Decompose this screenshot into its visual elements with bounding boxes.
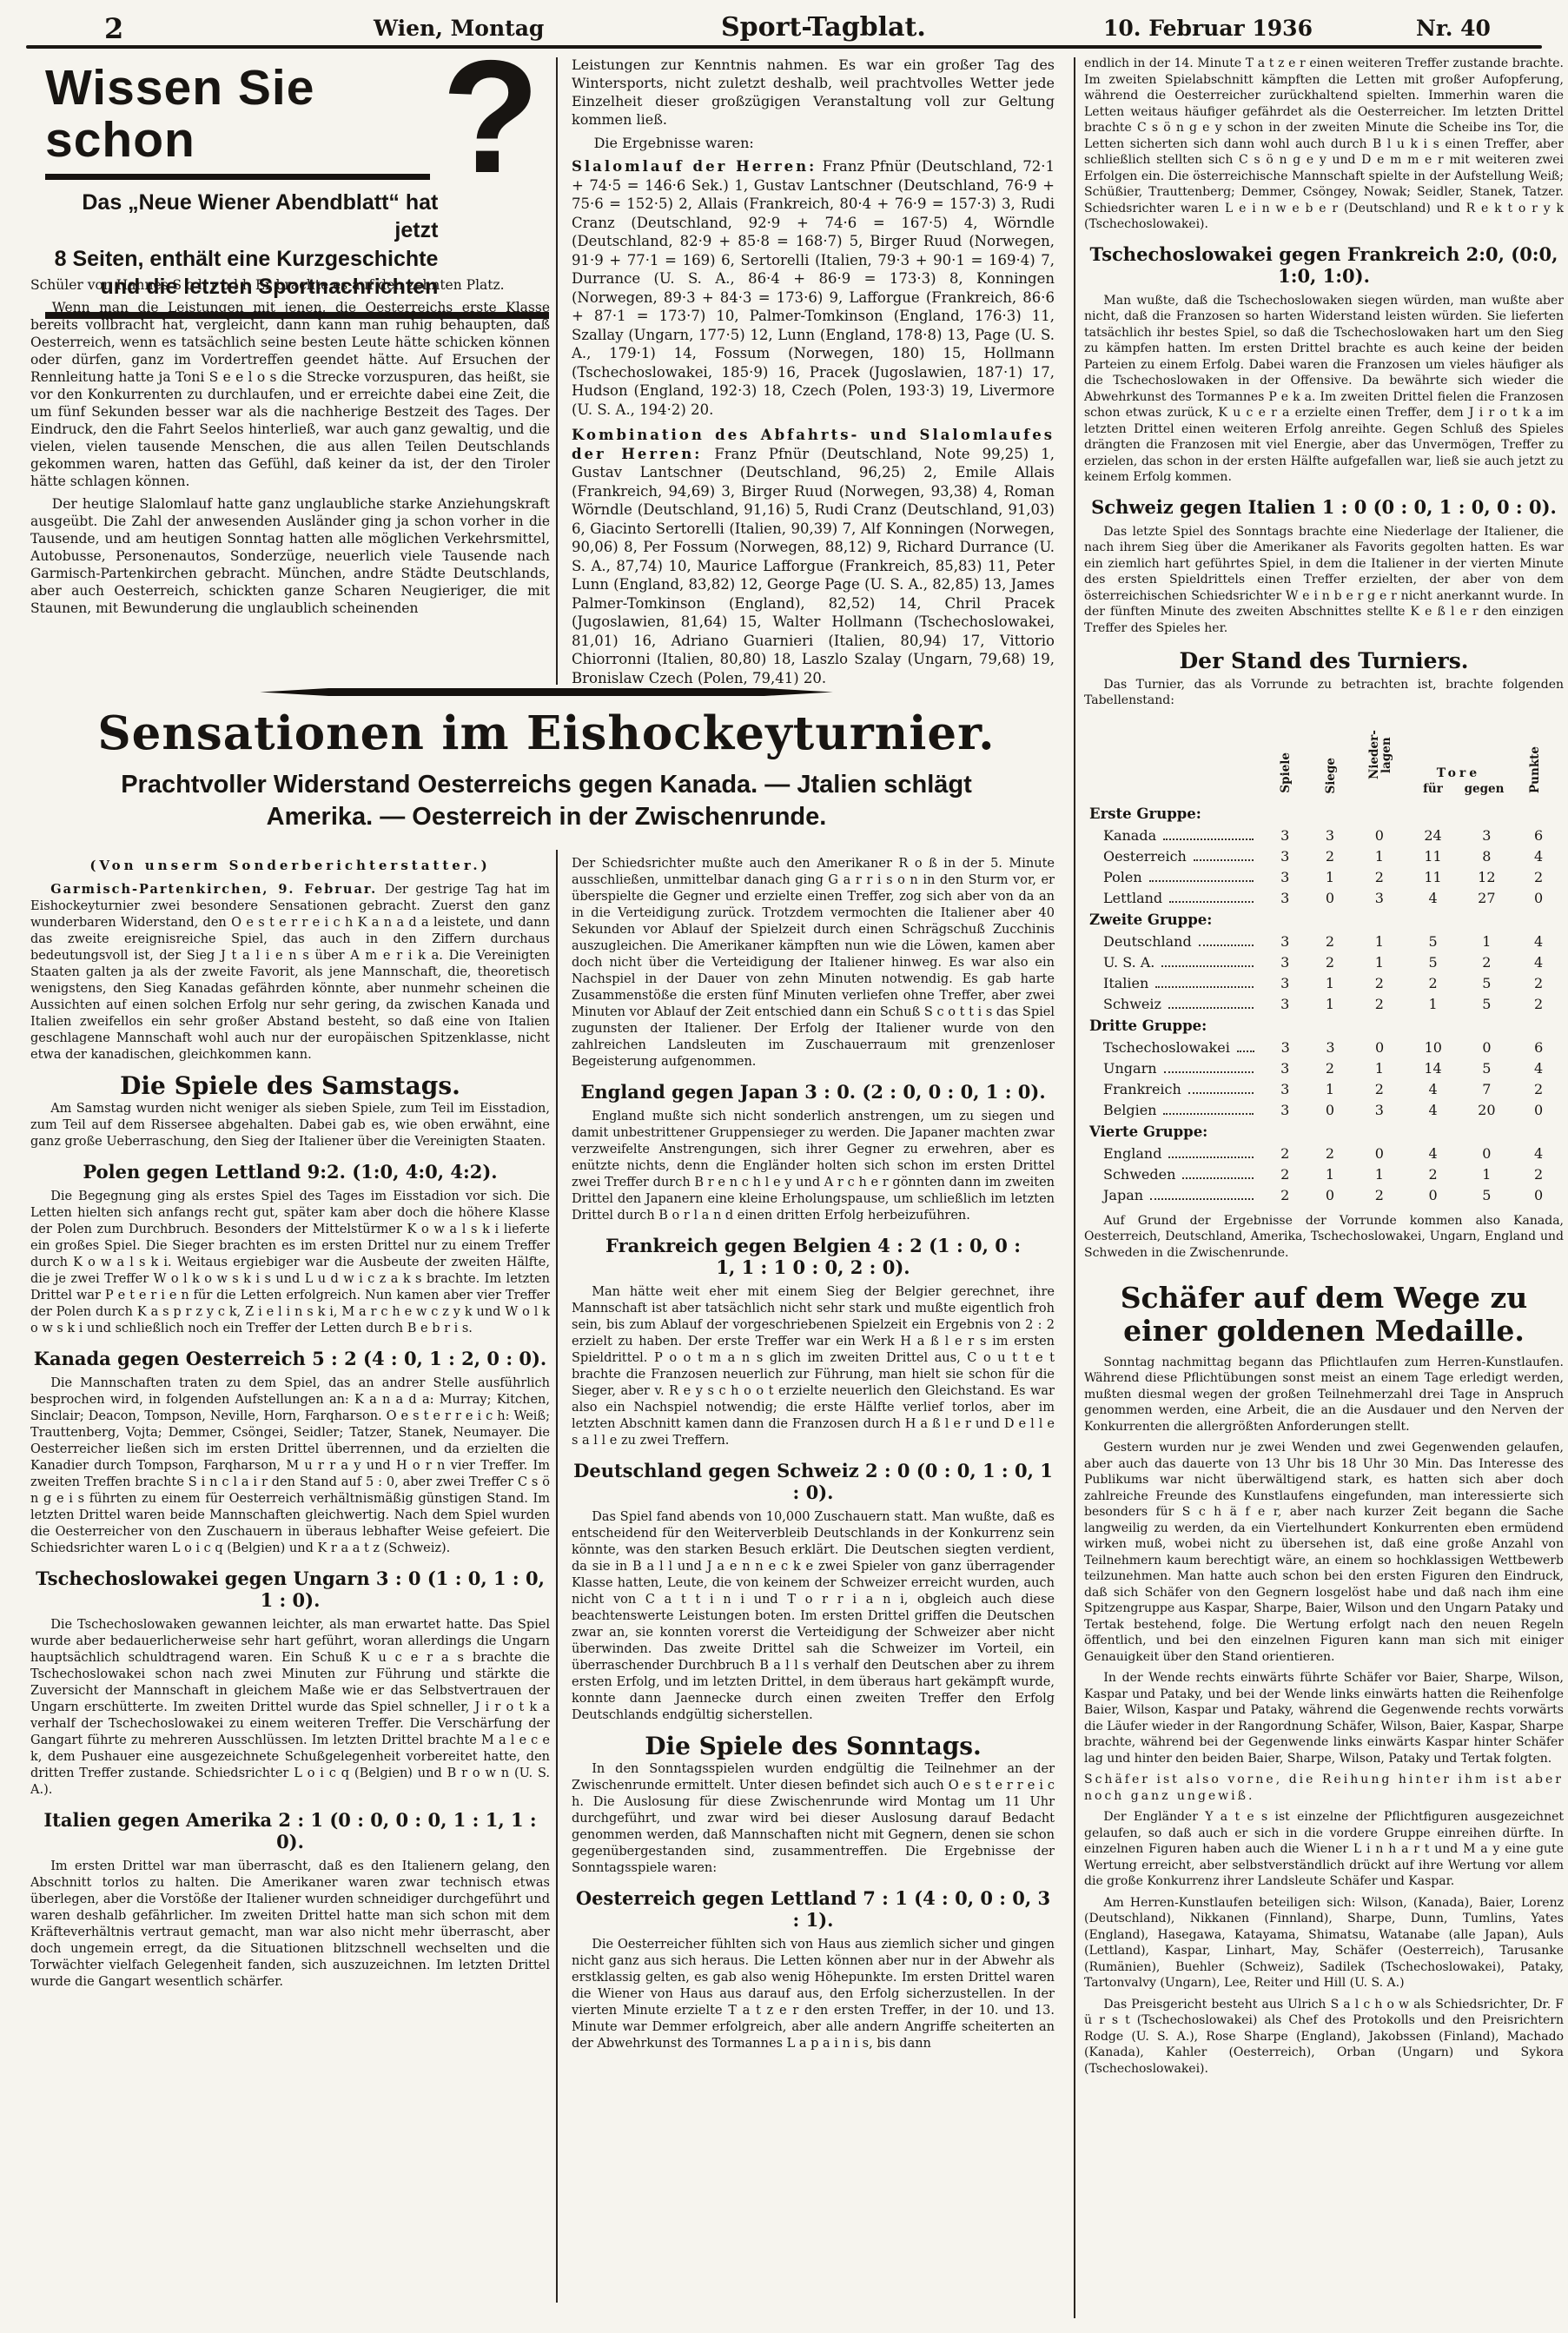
- standings-group-label: Erste Gruppe:: [1089, 803, 1564, 825]
- standings-row: Deutschland321514: [1089, 931, 1564, 952]
- standings-value: 1: [1406, 994, 1460, 1015]
- byline: (Von unserm Sonderberichterstatter.): [30, 858, 550, 874]
- standings-rows: Erste Gruppe:Kanada3302436Oesterreich321…: [1089, 803, 1564, 1206]
- team-name: Belgien: [1103, 1100, 1156, 1121]
- standings-value: 6: [1513, 825, 1564, 846]
- ad-line1: Das „Neue Wiener Abendblatt“ hat jetzt: [45, 189, 438, 245]
- question-mark-graphic: ?: [441, 45, 539, 302]
- standings-value: 2: [1353, 973, 1406, 994]
- standings-value: 0: [1353, 1143, 1406, 1164]
- standings-value: 11: [1406, 846, 1460, 867]
- column-header-tore: Tore: [1407, 766, 1510, 782]
- standings-row: U. S. A.321524: [1089, 952, 1564, 973]
- standings-row: Schweden211212: [1089, 1164, 1564, 1185]
- game-heading-oesterreich-lettland: Oesterreich gegen Lettland 7 : 1 (4 : 0,…: [572, 1887, 1055, 1931]
- game-heading-england-japan: England gegen Japan 3 : 0. (2 : 0, 0 : 0…: [572, 1081, 1055, 1103]
- article-paragraph: Das Turnier, das als Vorrunde zu betrach…: [1084, 677, 1564, 709]
- team-name: Kanada: [1103, 825, 1156, 846]
- game-heading-deutschland-schweiz: Deutschland gegen Schweiz 2 : 0 (0 : 0, …: [572, 1460, 1055, 1503]
- dateline: Garmisch-Partenkirchen, 9. Februar.: [50, 882, 377, 897]
- article-paragraph: Das letzte Spiel des Sonntags brachte ei…: [1084, 524, 1564, 637]
- standings-value: 2: [1307, 1143, 1353, 1164]
- standings-value: 2: [1353, 1185, 1406, 1206]
- right-column: endlich in der 14. Minute T a t z e r ei…: [1084, 56, 1564, 2082]
- slalom-results-lead: Slalomlauf der Herren:: [572, 158, 817, 175]
- article-paragraph: endlich in der 14. Minute T a t z e r ei…: [1084, 56, 1564, 233]
- standings-value: 1: [1353, 931, 1406, 952]
- standings-value: 8: [1459, 846, 1513, 867]
- main-headline-block: Sensationen im Eishockeyturnier. Prachtv…: [35, 688, 1058, 834]
- dot-leader: [1169, 901, 1254, 903]
- standings-value: 2: [1513, 994, 1564, 1015]
- standings-value: 0: [1307, 1185, 1353, 1206]
- article-paragraph: Der Schiedsrichter mußte auch den Amerik…: [572, 856, 1055, 1070]
- standings-value: 0: [1513, 1100, 1564, 1121]
- tapered-rule: [260, 688, 833, 696]
- standings-value: 3: [1262, 867, 1307, 888]
- standings-value: 0: [1307, 888, 1353, 909]
- article-paragraph: Im ersten Drittel war man überrascht, da…: [30, 1859, 550, 1991]
- article-paragraph: In den Sonntagsspielen wurden endgültig …: [572, 1761, 1055, 1877]
- standings-value: 1: [1307, 1164, 1353, 1185]
- standings-value: 3: [1262, 1058, 1307, 1079]
- game-heading-schweiz-italien: Schweiz gegen Italien 1 : 0 (0 : 0, 1 : …: [1084, 496, 1564, 518]
- article-paragraph: Leistungen zur Kenntnis nahmen. Es war e…: [572, 56, 1055, 129]
- standings-value: 2: [1513, 1164, 1564, 1185]
- main-headline: Sensationen im Eishockeyturnier.: [35, 710, 1058, 759]
- standings-value: 4: [1513, 931, 1564, 952]
- standings-value: 3: [1262, 1079, 1307, 1100]
- left-column-top: Schüler von Hannes S c h r o l l. Er bra…: [30, 276, 550, 622]
- dot-leader: [1149, 880, 1254, 882]
- standings-value: 3: [1262, 973, 1307, 994]
- standings-value: 3: [1262, 931, 1307, 952]
- standings-value: 4: [1513, 846, 1564, 867]
- column-header-tore-gegen: gegen: [1459, 781, 1510, 798]
- article-paragraph: Die Begegnung ging als erstes Spiel des …: [30, 1189, 550, 1337]
- standings-value: 3: [1262, 994, 1307, 1015]
- standings-value: 3: [1308, 1037, 1353, 1058]
- article-paragraph: Der Engländer Y a t e s ist einzelne der…: [1084, 1809, 1564, 1890]
- standings-value: 24: [1406, 825, 1460, 846]
- standings-value: 5: [1459, 1185, 1513, 1206]
- standings-value: 2: [1307, 931, 1353, 952]
- standings-value: 0: [1513, 888, 1564, 909]
- standings-value: 2: [1459, 952, 1513, 973]
- dateline-paragraph: Garmisch-Partenkirchen, 9. Februar. Der …: [30, 881, 550, 1064]
- team-name: Frankreich: [1103, 1079, 1181, 1100]
- standings-value: 5: [1459, 1058, 1513, 1079]
- standings-value: 1: [1353, 952, 1406, 973]
- article-paragraph: England mußte sich nicht sonderlich anst…: [572, 1109, 1055, 1224]
- standings-value: 3: [1307, 825, 1353, 846]
- ad-line2: 8 Seiten, enthält eine Kurzgeschichte: [45, 245, 438, 274]
- standings-value: 0: [1460, 1037, 1514, 1058]
- game-heading-tschechoslowakei-ungarn: Tschechoslowakei gegen Ungarn 3 : 0 (1 :…: [30, 1567, 550, 1611]
- team-name: Tschechoslowakei: [1103, 1037, 1230, 1058]
- standings-value: 5: [1406, 952, 1460, 973]
- dot-leader: [1163, 1113, 1254, 1115]
- dot-leader: [1155, 986, 1254, 988]
- team-name: Italien: [1103, 973, 1148, 994]
- standings-value: 4: [1406, 1143, 1460, 1164]
- column-header-punkte: Punkte: [1529, 746, 1541, 793]
- dot-leader: [1164, 1071, 1254, 1073]
- standings-value: 0: [1307, 1100, 1353, 1121]
- standings-value: 3: [1262, 825, 1307, 846]
- article-paragraph: Die Oesterreicher fühlten sich von Haus …: [572, 1937, 1055, 2052]
- standings-value: 2: [1353, 867, 1406, 888]
- team-name: Deutschland: [1103, 931, 1192, 952]
- dot-leader: [1194, 859, 1254, 861]
- standings-value: 4: [1406, 1079, 1460, 1100]
- article-paragraph: In der Wende rechts einwärts führte Schä…: [1084, 1670, 1564, 1766]
- standings-group-label: Dritte Gruppe:: [1089, 1015, 1564, 1037]
- standings-value: 2: [1262, 1185, 1307, 1206]
- standings-value: 0: [1513, 1185, 1564, 1206]
- standings-group-label: Zweite Gruppe:: [1089, 909, 1564, 931]
- standings-row: Japan202050: [1089, 1185, 1564, 1206]
- team-name: Oesterreich: [1103, 846, 1187, 867]
- standings-value: 3: [1459, 825, 1513, 846]
- standings-value: 1: [1459, 931, 1513, 952]
- standings-value: 1: [1307, 1079, 1353, 1100]
- article-paragraph: Schüler von Hannes S c h r o l l. Er bra…: [30, 276, 550, 294]
- article-paragraph: Sonntag nachmittag begann das Pflichtlau…: [1084, 1355, 1564, 1435]
- dot-leader: [1168, 1007, 1254, 1009]
- article-paragraph: Auf Grund der Ergebnisse der Vorrunde ko…: [1084, 1213, 1564, 1262]
- column-rule-left-top: [556, 57, 558, 685]
- standings-group-label: Vierte Gruppe:: [1089, 1121, 1564, 1143]
- dot-leader: [1150, 1198, 1254, 1200]
- standings-table: Spiele Siege Nieder- lagen Tore für gege…: [1089, 718, 1564, 1206]
- game-heading-polen-lettland: Polen gegen Lettland 9:2. (1:0, 4:0, 4:2…: [30, 1161, 550, 1183]
- article-paragraph: Die Tschechoslowaken gewannen leichter, …: [30, 1617, 550, 1799]
- team-name: Japan: [1103, 1185, 1143, 1206]
- standings-value: 4: [1513, 952, 1564, 973]
- team-name: England: [1103, 1143, 1161, 1164]
- dot-leader: [1237, 1051, 1254, 1052]
- dot-leader: [1168, 1157, 1254, 1158]
- section-heading-schaefer: Schäfer auf dem Wege zu einer goldenen M…: [1115, 1282, 1532, 1348]
- standings-value: 1: [1307, 994, 1353, 1015]
- dot-leader: [1182, 1177, 1254, 1179]
- team-name: U. S. A.: [1103, 952, 1154, 973]
- standings-value: 2: [1307, 846, 1353, 867]
- standings-value: 3: [1353, 888, 1406, 909]
- standings-value: 3: [1353, 1100, 1406, 1121]
- standings-value: 3: [1263, 1037, 1308, 1058]
- section-heading-samstag: Die Spiele des Samstags.: [30, 1077, 550, 1094]
- main-subheadline: Prachtvoller Widerstand Oesterreichs geg…: [90, 769, 1002, 834]
- standings-row: Kanada3302436: [1089, 825, 1564, 846]
- section-heading-sonntag: Die Spiele des Sonntags.: [572, 1738, 1055, 1754]
- column-header-tore-group: Tore für gegen: [1407, 766, 1510, 798]
- standings-value: 3: [1262, 952, 1307, 973]
- game-heading-frankreich-belgien: Frankreich gegen Belgien 4 : 2 (1 : 0, 0…: [605, 1235, 1022, 1278]
- standings-value: 1: [1353, 1058, 1406, 1079]
- standings-value: 1: [1307, 867, 1353, 888]
- standings-value: 27: [1459, 888, 1513, 909]
- ad-rule: [45, 174, 430, 180]
- standings-value: 20: [1459, 1100, 1513, 1121]
- article-paragraph: Am Samstag wurden nicht weniger als sieb…: [30, 1101, 550, 1150]
- article-paragraph: Die Mannschaften traten zu dem Spiel, da…: [30, 1375, 550, 1557]
- column-header-tore-fuer: für: [1407, 781, 1459, 798]
- standings-value: 2: [1513, 973, 1564, 994]
- standings-value: 0: [1353, 825, 1406, 846]
- standings-value: 1: [1459, 1164, 1513, 1185]
- article-paragraph: Der heutige Slalomlauf hatte ganz unglau…: [30, 495, 550, 617]
- standings-value: 2: [1406, 973, 1460, 994]
- standings-value: 3: [1262, 1100, 1307, 1121]
- standings-value: 4: [1513, 1143, 1564, 1164]
- standings-value: 2: [1513, 867, 1564, 888]
- column-header-niederlagen: Nieder- lagen: [1368, 717, 1393, 793]
- standings-row: Polen31211122: [1089, 867, 1564, 888]
- standings-value: 2: [1307, 952, 1353, 973]
- article-paragraph: Am Herren-Kunstlaufen beteiligen sich: W…: [1084, 1895, 1564, 1992]
- standings-value: 5: [1406, 931, 1460, 952]
- standings-value: 2: [1307, 1058, 1353, 1079]
- masthead-issue: Nr. 40: [1416, 16, 1491, 41]
- article-paragraph: Man wußte, daß die Tschechoslowaken sieg…: [1084, 293, 1564, 486]
- standings-value: 12: [1459, 867, 1513, 888]
- section-heading-turnierstand: Der Stand des Turniers.: [1084, 653, 1564, 670]
- column-header-spiele: Spiele: [1280, 752, 1292, 793]
- standings-value: 0: [1353, 1037, 1406, 1058]
- team-name: Schweden: [1103, 1164, 1175, 1185]
- standings-row: Italien312252: [1089, 973, 1564, 994]
- standings-value: 0: [1459, 1143, 1513, 1164]
- emphasized-paragraph: Schäfer ist also vorne, die Reihung hint…: [1084, 1772, 1564, 1804]
- game-heading-kanada-oesterreich: Kanada gegen Oesterreich 5 : 2 (4 : 0, 1…: [30, 1348, 550, 1369]
- standings-value: 2: [1353, 1079, 1406, 1100]
- newspaper-page: { "masthead": { "page_number": "2", "cit…: [0, 0, 1568, 2333]
- article-paragraph: Man hätte weit eher mit einem Sieg der B…: [572, 1284, 1055, 1449]
- results-label: Die Ergebnisse waren:: [572, 134, 1055, 152]
- standings-value: 4: [1406, 888, 1460, 909]
- team-name: Polen: [1103, 867, 1142, 888]
- standings-value: 4: [1513, 1058, 1564, 1079]
- column-rule-left-bottom: [556, 850, 558, 2303]
- standings-value: 2: [1513, 1079, 1564, 1100]
- team-name: Lettland: [1103, 888, 1162, 909]
- dot-leader: [1199, 944, 1254, 946]
- standings-row: Ungarn3211454: [1089, 1058, 1564, 1079]
- standings-value: 2: [1406, 1164, 1460, 1185]
- masthead-page-number: 2: [104, 12, 123, 45]
- standings-value: 7: [1459, 1079, 1513, 1100]
- standings-header-row: Spiele Siege Nieder- lagen Tore für gege…: [1089, 718, 1564, 798]
- standings-row: Frankreich312472: [1089, 1079, 1564, 1100]
- standings-value: 2: [1353, 994, 1406, 1015]
- kombination-results: Kombination des Abfahrts- und Slalomlauf…: [572, 426, 1055, 687]
- standings-row: Oesterreich3211184: [1089, 846, 1564, 867]
- standings-value: 10: [1406, 1037, 1460, 1058]
- article-paragraph: Das Preisgericht besteht aus Ulrich S a …: [1084, 1997, 1564, 2078]
- column-header-siege: Siege: [1325, 758, 1337, 794]
- dot-leader: [1163, 838, 1254, 840]
- slalom-results: Slalomlauf der Herren: Franz Pfnür (Deut…: [572, 157, 1055, 419]
- standings-value: 5: [1459, 994, 1513, 1015]
- standings-value: 14: [1406, 1058, 1460, 1079]
- team-name: Ungarn: [1103, 1058, 1157, 1079]
- standings-value: 2: [1262, 1143, 1307, 1164]
- standings-row: Lettland3034270: [1089, 888, 1564, 909]
- standings-value: 1: [1307, 973, 1353, 994]
- game-heading-tschechoslowakei-frankreich: Tschechoslowakei gegen Frankreich 2:0, (…: [1084, 243, 1564, 287]
- standings-row: Belgien3034200: [1089, 1100, 1564, 1121]
- middle-column-main: Der Schiedsrichter mußte auch den Amerik…: [572, 856, 1055, 2058]
- masthead-title: Sport-Tagblat.: [721, 12, 926, 43]
- team-name: Schweiz: [1103, 994, 1161, 1015]
- column-rule-right: [1074, 57, 1075, 2318]
- article-paragraph: Gestern wurden nur je zwei Wenden und zw…: [1084, 1440, 1564, 1665]
- standings-value: 1: [1353, 846, 1406, 867]
- left-column-main: (Von unserm Sonderberichterstatter.) Gar…: [30, 856, 550, 1996]
- standings-value: 6: [1513, 1037, 1564, 1058]
- standings-row: Schweiz312152: [1089, 994, 1564, 1015]
- standings-value: 2: [1262, 1164, 1307, 1185]
- article-paragraph: Wenn man die Leistungen mit jenen, die O…: [30, 299, 550, 490]
- article-paragraph: Das Spiel fand abends von 10,000 Zuschau…: [572, 1509, 1055, 1724]
- masthead-date: 10. Februar 1936: [1103, 16, 1313, 41]
- game-heading-italien-amerika: Italien gegen Amerika 2 : 1 (0 : 0, 0 : …: [30, 1809, 550, 1852]
- standings-row: Tschechoslowakei3301006: [1089, 1037, 1564, 1058]
- standings-value: 4: [1406, 1100, 1460, 1121]
- standings-value: 1: [1353, 1164, 1406, 1185]
- masthead-rule: [26, 45, 1542, 49]
- standings-value: 11: [1406, 867, 1460, 888]
- standings-value: 3: [1262, 846, 1307, 867]
- standings-row: England220404: [1089, 1143, 1564, 1164]
- standings-value: 3: [1262, 888, 1307, 909]
- dot-leader: [1161, 965, 1254, 967]
- standings-value: 0: [1406, 1185, 1460, 1206]
- standings-value: 5: [1459, 973, 1513, 994]
- dot-leader: [1188, 1092, 1254, 1094]
- ad-headline: Wissen Sie schon: [45, 63, 438, 167]
- middle-column-top: Leistungen zur Kenntnis nahmen. Es war e…: [572, 56, 1055, 694]
